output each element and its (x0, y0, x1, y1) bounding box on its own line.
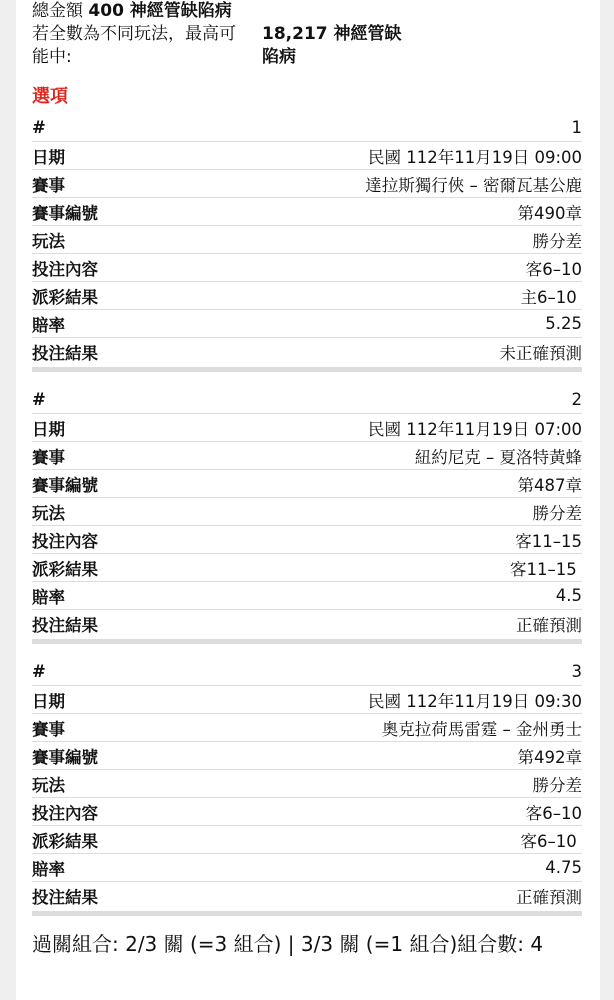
row-event-no: 賽事編號第492章 (32, 742, 582, 770)
row-event: 賽事奧克拉荷馬雷霆 – 金州勇士 (32, 714, 582, 742)
row-bet: 投注內容客6–10 (32, 798, 582, 826)
total-amount: 總金額 400 神經管缺陷病 (32, 0, 582, 23)
label-index: # (32, 662, 46, 681)
label-event: 賽事 (32, 444, 65, 468)
label-event-no: 賽事編號 (32, 472, 98, 496)
value-result: 正確預測 (516, 612, 582, 636)
value-result: 正確預測 (516, 884, 582, 908)
max-payout-label-cont: 能中: (32, 46, 262, 69)
selection-3: #3 日期民國 112年11月19日 09:30 賽事奧克拉荷馬雷霆 – 金州勇… (32, 658, 582, 916)
row-index: #1 (32, 114, 582, 142)
selection-2: #2 日期民國 112年11月19日 07:00 賽事紐約尼克 – 夏洛特黃蜂 … (32, 386, 582, 644)
section-divider (32, 367, 582, 372)
label-odds: 賠率 (32, 312, 65, 336)
row-payout: 派彩結果主6–10 (32, 282, 582, 310)
value-odds: 5.25 (545, 314, 582, 333)
max-payout-value: 18,217 神經管缺 (262, 23, 402, 46)
label-play: 玩法 (32, 228, 65, 252)
label-result: 投注結果 (32, 340, 98, 364)
label-payout: 派彩結果 (32, 828, 98, 852)
row-payout: 派彩結果客6–10 (32, 826, 582, 854)
label-date: 日期 (32, 144, 65, 168)
row-payout: 派彩結果客11–15 (32, 554, 582, 582)
max-payout-line1: 若全數為不同玩法，最高可 18,217 神經管缺 (32, 23, 582, 46)
label-event-no: 賽事編號 (32, 200, 98, 224)
label-odds: 賠率 (32, 856, 65, 880)
value-payout: 主6–10 (521, 284, 583, 308)
row-bet: 投注內容客11–15 (32, 526, 582, 554)
row-event-no: 賽事編號第487章 (32, 470, 582, 498)
value-index: 2 (572, 390, 583, 409)
value-event: 達拉斯獨行俠 – 密爾瓦基公鹿 (365, 172, 582, 196)
value-event: 奧克拉荷馬雷霆 – 金州勇士 (382, 716, 582, 740)
value-event: 紐約尼克 – 夏洛特黃蜂 (415, 444, 582, 468)
value-event-no: 第492章 (518, 744, 583, 768)
value-index: 3 (572, 662, 583, 681)
label-event: 賽事 (32, 716, 65, 740)
label-payout: 派彩結果 (32, 556, 98, 580)
total-amount-value: 400 神經管缺陷病 (88, 0, 231, 23)
label-index: # (32, 118, 46, 137)
section-divider (32, 911, 582, 916)
label-result: 投注結果 (32, 884, 98, 908)
value-index: 1 (572, 118, 583, 137)
value-bet: 客11–15 (515, 528, 582, 552)
row-result: 投注結果未正確預測 (32, 338, 582, 365)
label-date: 日期 (32, 416, 65, 440)
value-bet: 客6–10 (526, 256, 582, 280)
max-payout-value-cont: 陷病 (262, 46, 296, 69)
label-event: 賽事 (32, 172, 65, 196)
label-odds: 賠率 (32, 584, 65, 608)
max-payout-label: 若全數為不同玩法，最高可 (32, 23, 262, 46)
row-result: 投注結果正確預測 (32, 610, 582, 637)
value-play: 勝分差 (533, 772, 583, 796)
value-date: 民國 112年11月19日 07:00 (368, 416, 582, 440)
combination-summary: 過關組合: 2/3 關 (=3 組合) | 3/3 關 (=1 組合)組合數: … (32, 928, 582, 961)
value-payout: 客6–10 (521, 828, 583, 852)
bet-detail-card: 總金額 400 神經管缺陷病 若全數為不同玩法，最高可 18,217 神經管缺 … (16, 0, 600, 1000)
section-divider (32, 639, 582, 644)
label-event-no: 賽事編號 (32, 744, 98, 768)
value-bet: 客6–10 (526, 800, 582, 824)
row-play: 玩法勝分差 (32, 226, 582, 254)
row-event-no: 賽事編號第490章 (32, 198, 582, 226)
value-date: 民國 112年11月19日 09:00 (368, 144, 582, 168)
row-odds: 賠率4.5 (32, 582, 582, 610)
label-play: 玩法 (32, 500, 65, 524)
label-bet: 投注內容 (32, 256, 98, 280)
total-amount-label: 總金額 (32, 0, 83, 23)
value-event-no: 第487章 (518, 472, 583, 496)
label-play: 玩法 (32, 772, 65, 796)
value-payout: 客11–15 (510, 556, 582, 580)
row-result: 投注結果正確預測 (32, 882, 582, 909)
row-odds: 賠率5.25 (32, 310, 582, 338)
row-event: 賽事紐約尼克 – 夏洛特黃蜂 (32, 442, 582, 470)
row-index: #2 (32, 386, 582, 414)
row-bet: 投注內容客6–10 (32, 254, 582, 282)
row-date: 日期民國 112年11月19日 09:30 (32, 686, 582, 714)
row-odds: 賠率4.75 (32, 854, 582, 882)
label-bet: 投注內容 (32, 528, 98, 552)
value-play: 勝分差 (533, 228, 583, 252)
value-play: 勝分差 (533, 500, 583, 524)
selection-1: #1 日期民國 112年11月19日 09:00 賽事達拉斯獨行俠 – 密爾瓦基… (32, 114, 582, 372)
value-odds: 4.5 (556, 586, 582, 605)
row-play: 玩法勝分差 (32, 770, 582, 798)
max-payout-line2: 能中: 陷病 (32, 46, 582, 69)
row-index: #3 (32, 658, 582, 686)
value-odds: 4.75 (545, 858, 582, 877)
label-date: 日期 (32, 688, 65, 712)
row-date: 日期民國 112年11月19日 09:00 (32, 142, 582, 170)
row-event: 賽事達拉斯獨行俠 – 密爾瓦基公鹿 (32, 170, 582, 198)
label-payout: 派彩結果 (32, 284, 98, 308)
row-play: 玩法勝分差 (32, 498, 582, 526)
label-index: # (32, 390, 46, 409)
value-date: 民國 112年11月19日 09:30 (368, 688, 582, 712)
row-date: 日期民國 112年11月19日 07:00 (32, 414, 582, 442)
bet-summary: 總金額 400 神經管缺陷病 若全數為不同玩法，最高可 18,217 神經管缺 … (32, 0, 582, 69)
value-result: 未正確預測 (500, 340, 583, 364)
value-event-no: 第490章 (518, 200, 583, 224)
label-bet: 投注內容 (32, 800, 98, 824)
options-heading: 選項 (32, 85, 68, 109)
label-result: 投注結果 (32, 612, 98, 636)
